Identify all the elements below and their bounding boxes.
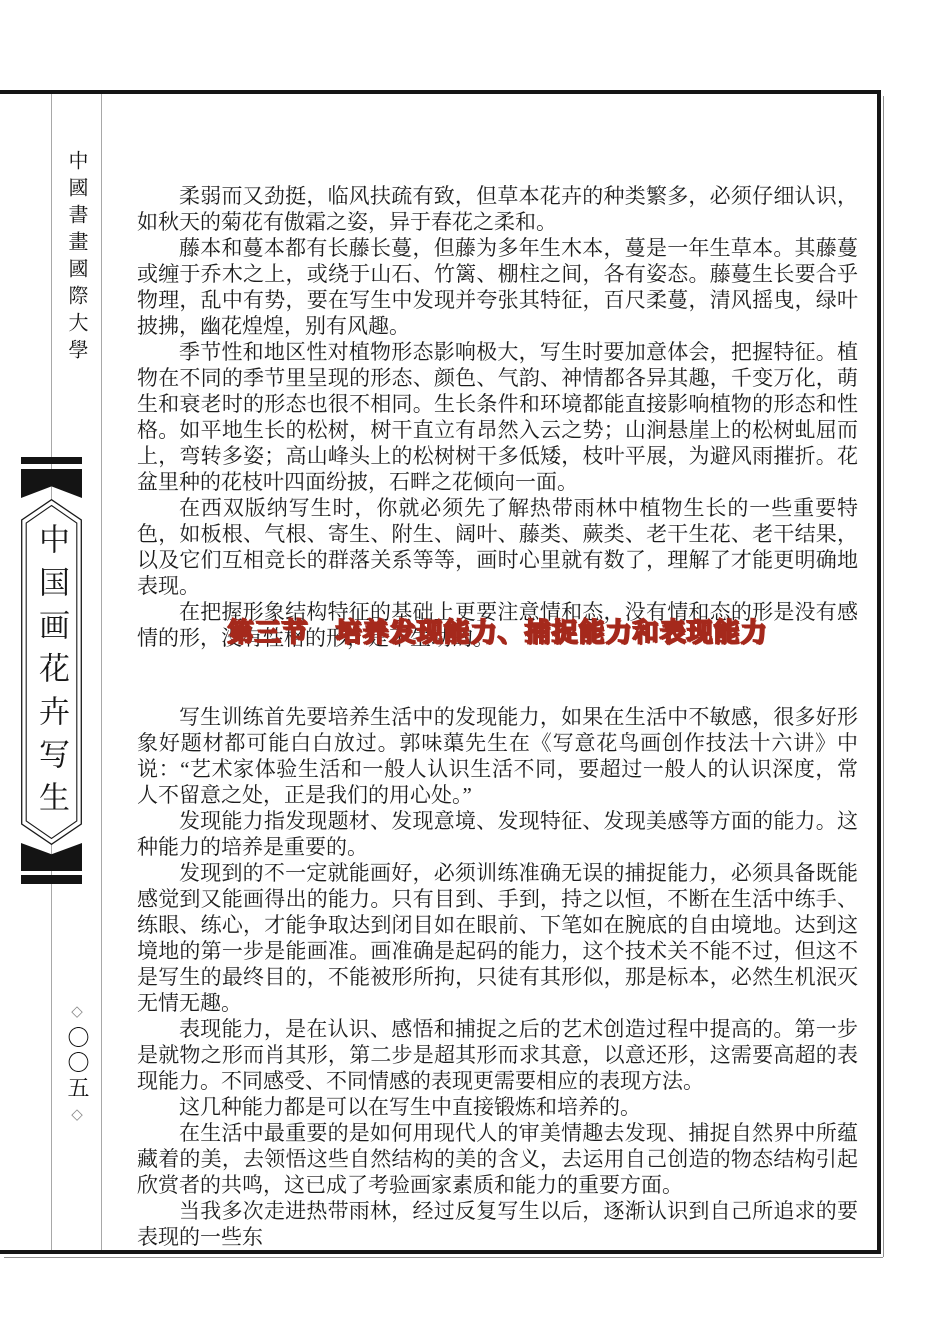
frame-right-shadow-line [883,96,884,1257]
sidebar-rule-right [101,94,102,1250]
body-paragraph: 藤本和蔓本都有长藤长蔓，但藤为多年生木本，蔓是一年生草本。其藤蔓或缠于乔木之上，… [137,235,858,339]
body-paragraph: 在生活中最重要的是如何用现代人的审美情趣去发现、捕捉自然界中所蕴藏着的美，去领悟… [137,1120,858,1198]
body-paragraph: 发现到的不一定就能画好，必须训练准确无误的捕捉能力，必须具备既能感觉到又能画得出… [137,860,858,1016]
body-paragraph: 写生训练首先要培养生活中的发现能力，如果在生活中不敏感，很多好形象好题材都可能白… [137,704,858,808]
section-heading: 第三节 培养发现能力、捕捉能力和表现能力 [137,612,858,649]
frame-right-border [877,90,881,1254]
folio: ◇ 〇〇五 ◇ [58,1002,96,1123]
body-text-upper: 柔弱而又劲挺，临风扶疏有致，但草本花卉的种类繁多，必须仔细认识，如秋天的菊花有傲… [137,183,858,651]
institution-title: 中國書畫國際大學 [62,150,91,366]
banner-bottom-bar [21,875,82,884]
body-text-lower: 写生训练首先要培养生活中的发现能力，如果在生活中不敏感，很多好形象好题材都可能白… [137,704,858,1250]
title-banner: 中国画花卉写生 [21,457,82,884]
body-paragraph: 柔弱而又劲挺，临风扶疏有致，但草本花卉的种类繁多，必须仔细认识，如秋天的菊花有傲… [137,183,858,235]
body-paragraph: 表现能力，是在认识、感悟和捕捉之后的艺术创造过程中提高的。第一步是就物之形而肖其… [137,1016,858,1094]
folio-page-number: 〇〇五 [66,1026,88,1101]
frame-bottom-shadow-line [4,1257,883,1258]
folio-diamond-icon: ◇ [71,1105,83,1123]
frame-bottom-border [0,1250,881,1254]
body-paragraph: 在西双版纳写生时，你就必须先了解热带雨林中植物生长的一些重要特色，如板根、气根、… [137,495,858,599]
book-page: 中國書畫國際大學 中国画花卉写生 ◇ 〇〇五 ◇ 柔弱而又劲挺，临风扶疏有致，但… [0,0,950,1344]
banner-book-title: 中国画花卉写生 [36,523,67,824]
body-paragraph: 季节性和地区性对植物形态影响极大，写生时要加意体会，把握特征。植物在不同的季节里… [137,339,858,495]
folio-diamond-icon: ◇ [71,1002,83,1020]
banner-bottom-flag [21,843,82,871]
body-paragraph: 这几种能力都是可以在写生中直接锻炼和培养的。 [137,1094,858,1120]
banner-top-flag [21,469,82,498]
body-paragraph: 当我多次走进热带雨林，经过反复写生以后，逐渐认识到自己所追求的要表现的一些东 [137,1198,858,1250]
frame-top-border [0,90,881,94]
body-paragraph: 发现能力指发现题材、发现意境、发现特征、发现美感等方面的能力。这种能力的培养是重… [137,808,858,860]
banner-top-bar [21,457,82,464]
